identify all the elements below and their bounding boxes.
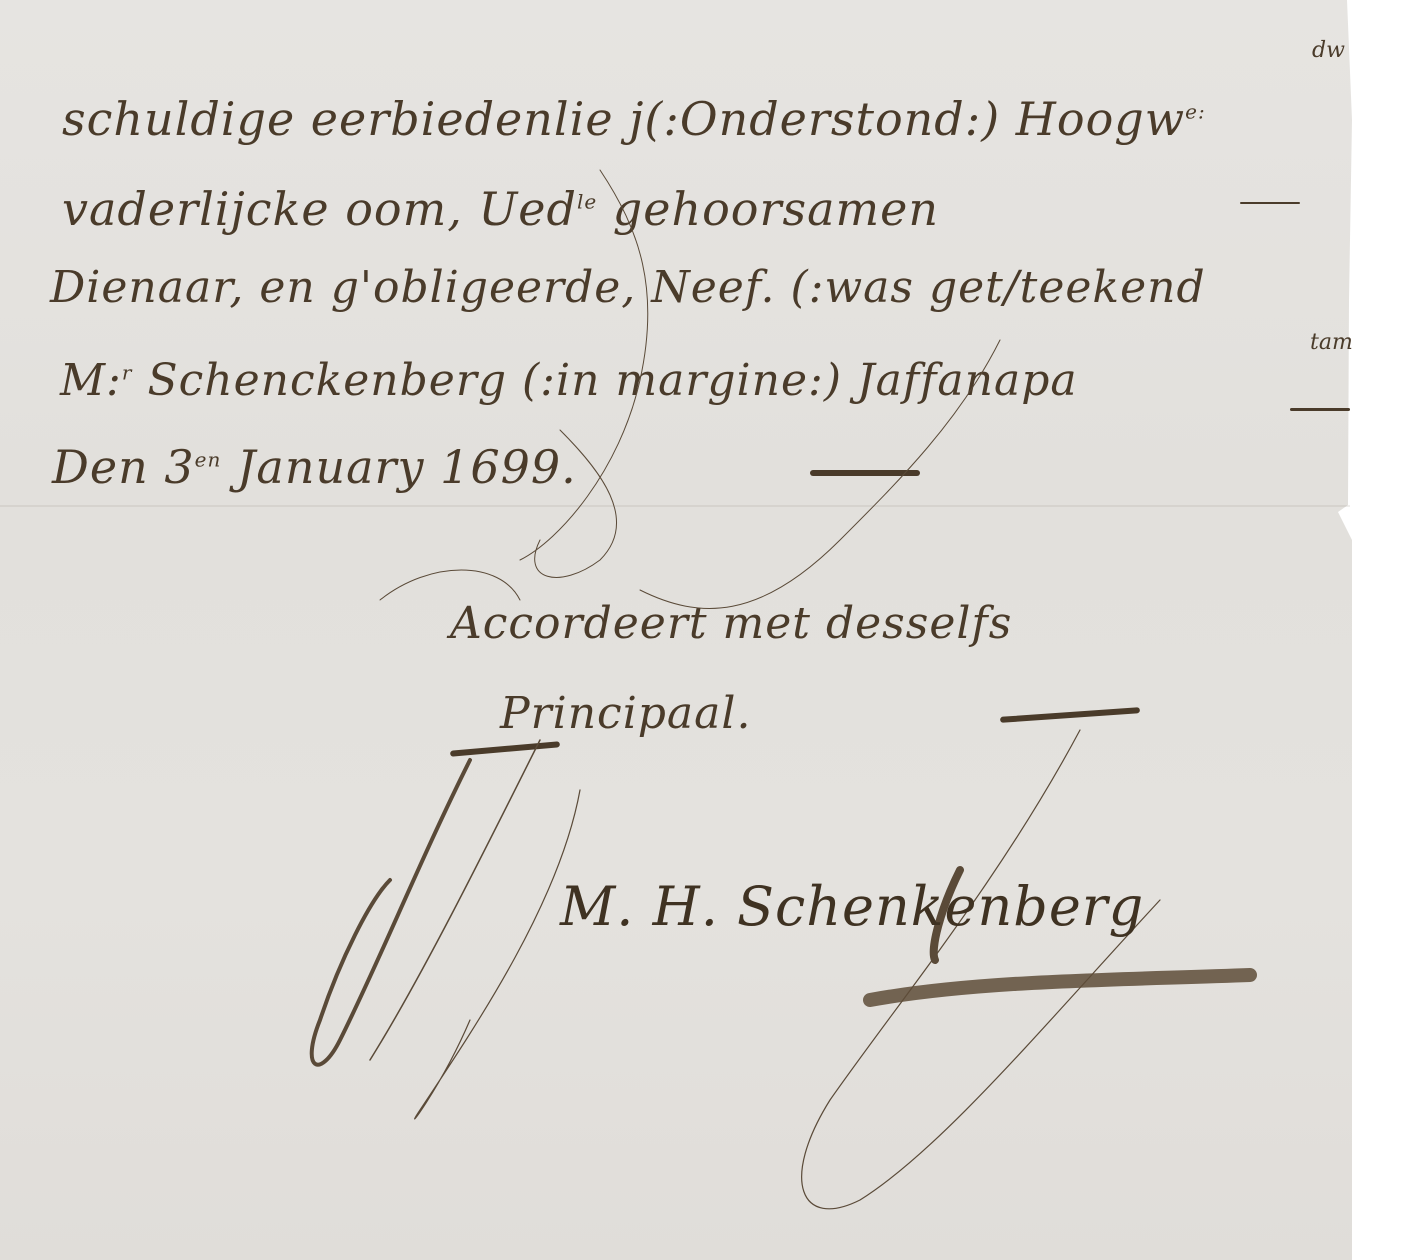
date-line: Den 3en January 1699. <box>52 440 577 494</box>
line-filler-dash <box>1290 408 1350 411</box>
text-line-4: M:r Schenckenberg (:in margine:) Jaffana… <box>60 355 1078 406</box>
interlinear-note-1: dw <box>1312 38 1345 63</box>
paper-fold-line <box>0 505 1350 507</box>
signature: M. H. Schenkenberg <box>560 875 1144 938</box>
line-filler-dash <box>1240 202 1300 204</box>
interlinear-note-2: tam <box>1310 330 1353 355</box>
text-line-1: schuldige eerbiedenlie j(:Onderstond:) H… <box>62 92 1206 146</box>
attestation-line-2: Principaal. <box>500 688 751 739</box>
attestation-line-1: Accordeert met desselfs <box>450 598 1012 649</box>
text-line-3: Dienaar, en g'obligeerde, Neef. (:was ge… <box>50 262 1206 313</box>
line-filler-dash <box>810 470 920 476</box>
text-line-2: vaderlijcke oom, Uedle gehoorsamen <box>62 182 939 236</box>
